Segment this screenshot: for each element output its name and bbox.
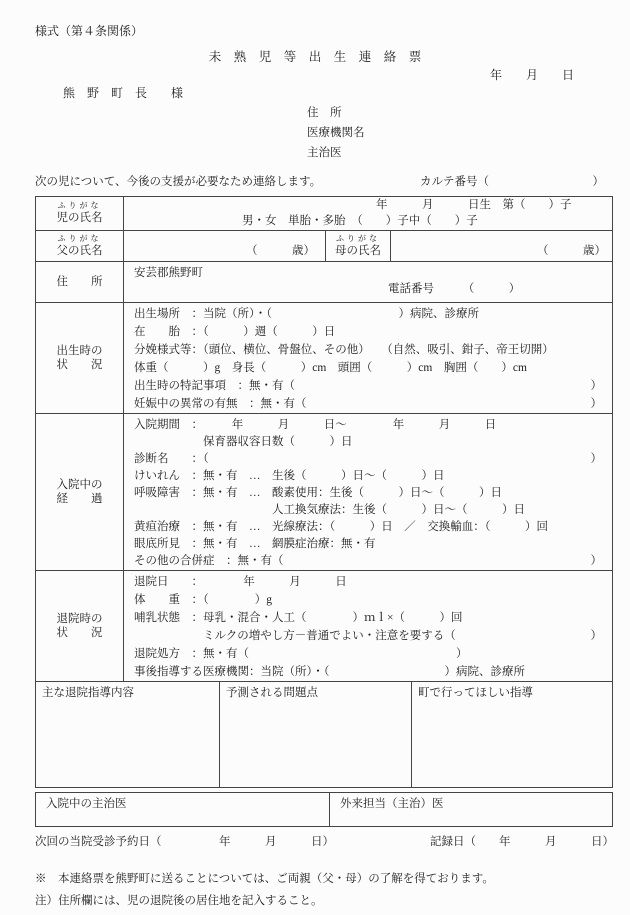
intro-text: 次の児について、今後の支援が必要なため連絡します。 (35, 175, 321, 189)
parents-row: ふりがな 父の氏名 （ 歳） ふりがな 母の氏名 （ 歳） (36, 231, 612, 262)
outpatient-doctor-cell: 外来担当（主治）医 (330, 793, 612, 826)
sender-org-label: 医療機関名 (307, 126, 365, 146)
discharge-guidance-cell: 主な退院指導内容 (36, 682, 220, 787)
main-table: ふりがな 児の氏名 年 月 日生 第（ ）子 男・女 単胎・多胎 （ ）子中（ … (35, 196, 613, 788)
convulsion-line: けいれん ：無・有 … 生後（ ）日～（ ）日 (134, 468, 602, 485)
pregnancy-abnormality-line: 妊娠中の異常の有無 ：無・有（） (134, 395, 602, 413)
premature-birth-report-form: 様式（第４条関係） 未 熟 児 等 出 生 連 絡 票 年 月 日 熊 野 町 … (0, 0, 630, 915)
child-sex-line: 男・女 単胎・多胎 （ ）子中（ ）子 (132, 214, 604, 230)
sender-address-label: 住 所 (307, 106, 365, 126)
child-name-label-cell: ふりがな 児の氏名 (36, 197, 124, 230)
diagnosis-line: 診断名 ：（） (134, 451, 602, 468)
child-name-label: 児の氏名 (57, 211, 103, 225)
discharge-status-row: 退院時の 状 況 退院日 ： 年 月 日 体 重 ：（ ）g 哺乳状態 ：母乳・… (36, 571, 612, 682)
birth-notes-line: 出生時の特記事項 ：無・有（） (134, 377, 602, 395)
father-furigana-label: ふりがな (58, 234, 102, 244)
mother-furigana-label: ふりがな (336, 234, 380, 244)
birth-status-row: 出生時の 状 況 出生場所 ：当院（所）・（ ）病院、診療所 在 胎 ：（ ）週… (36, 303, 612, 414)
discharge-label-2: 状 況 (57, 626, 103, 640)
father-label-cell: ふりがな 父の氏名 (36, 231, 124, 261)
child-furigana-label: ふりがな (58, 201, 102, 211)
address-instruction-note: 注）住所欄には、児の退院後の居住地を記入すること。 (35, 894, 323, 908)
birth-status-content: 出生場所 ：当院（所）・（ ）病院、診療所 在 胎 ：（ ）週（ ）日 分娩様式… (124, 303, 612, 413)
sender-block: 住 所 医療機関名 主治医 (307, 106, 365, 166)
town-guidance-cell: 町で行ってほしい指導 (412, 682, 612, 787)
address-value: 安芸郡熊野町 (134, 266, 604, 280)
consent-note: ※ 本連絡票を熊野町に送ることについては、ご両親（父・母）の了解を得ております。 (35, 872, 494, 886)
discharge-weight-line: 体 重 ：（ ）g (134, 591, 602, 609)
page-title: 未 熟 児 等 出 生 連 絡 票 (0, 50, 630, 66)
hospitalization-row: 入院中の 経 過 入院期間 ： 年 月 日～ 年 月 日 保育器収容日数（ ）日… (36, 414, 612, 571)
guidance-row: 主な退院指導内容 予測される問題点 町で行ってほしい指導 (36, 682, 612, 787)
father-age-field: （ 歳） (124, 231, 326, 261)
gestation-line: 在 胎 ：（ ）週（ ）日 (134, 323, 602, 341)
child-name-row: ふりがな 児の氏名 年 月 日生 第（ ）子 男・女 単胎・多胎 （ ）子中（ … (36, 197, 612, 231)
delivery-type-line: 分娩様式等：（頭位、横位、骨盤位、その他） （自然、吸引、鉗子、帝王切開） (134, 341, 602, 359)
measurements-line: 体重（ ）g 身長（ ）cm 頭囲（ ）cm 胸囲（ ）cm (134, 359, 602, 377)
discharge-label-cell: 退院時の 状 況 (36, 571, 124, 681)
sender-doctor-label: 主治医 (307, 146, 365, 166)
milk-increase-line: ミルクの増やし方－普通でよい・注意を要する（） (134, 627, 602, 645)
child-birthdate-line: 年 月 日生 第（ ）子 (132, 198, 604, 214)
date-line: 年 月 日 (490, 68, 574, 83)
form-style-label: 様式（第４条関係） (35, 24, 143, 39)
child-name-content: 年 月 日生 第（ ）子 男・女 単胎・多胎 （ ）子中（ ）子 (124, 197, 612, 230)
father-name-label: 父の氏名 (57, 244, 103, 258)
next-visit-field: 次回の当院受診予約日（ 年 月 日） (35, 836, 334, 848)
mother-name-label: 母の氏名 (335, 244, 381, 258)
birth-status-label-cell: 出生時の 状 況 (36, 303, 124, 413)
birthplace-line: 出生場所 ：当院（所）・（ ）病院、診療所 (134, 305, 602, 323)
phone-number-field: 電話番号 （ ） (388, 282, 604, 296)
fundus-line: 眼底所見 ：無・有 … 網膜症治療：無・有 (134, 536, 602, 553)
ventilation-line: 人工換気療法：生後（ ）日～（ ）日 (134, 502, 602, 519)
address-label: 住 所 (57, 275, 103, 289)
hospitalization-content: 入院期間 ： 年 月 日～ 年 月 日 保育器収容日数（ ）日 診断名 ：（） … (124, 414, 612, 570)
discharge-content: 退院日 ： 年 月 日 体 重 ：（ ）g 哺乳状態 ：母乳・混合・人工（ ）ｍ… (124, 571, 612, 681)
next-visit-line: 次回の当院受診予約日（ 年 月 日） 記録日（ 年 月 日） (35, 835, 613, 849)
inpatient-doctor-cell: 入院中の主治医 (36, 793, 330, 826)
predicted-problems-cell: 予測される問題点 (220, 682, 412, 787)
mother-age-field: （ 歳） (391, 231, 612, 261)
karte-number-field: カルテ番号（ ） (420, 175, 604, 189)
address-row: 住 所 安芸郡熊野町 電話番号 （ ） (36, 262, 612, 303)
discharge-label-1: 退院時の (57, 612, 103, 626)
followup-institution-line: 事後指導する医療機関：当院（所）・（ ）病院、診療所 (134, 663, 602, 681)
jaundice-line: 黄疸治療 ：無・有 … 光線療法：（ ）日 ／ 交換輸血：（ ）回 (134, 519, 602, 536)
mother-label-cell: ふりがな 母の氏名 (326, 231, 391, 261)
hospitalization-label-cell: 入院中の 経 過 (36, 414, 124, 570)
hospitalization-label-1: 入院中の (57, 478, 103, 492)
discharge-date-line: 退院日 ： 年 月 日 (134, 573, 602, 591)
incubator-days-line: 保育器収容日数（ ）日 (134, 434, 602, 451)
address-content: 安芸郡熊野町 電話番号 （ ） (124, 262, 612, 302)
respiratory-line: 呼吸障害 ：無・有 … 酸素使用：生後（ ）日～（ ）日 (134, 485, 602, 502)
record-date-field: 記録日（ 年 月 日） (430, 835, 614, 849)
birth-status-label-1: 出生時の (57, 344, 103, 358)
hospitalization-label-2: 経 過 (57, 492, 103, 506)
doctors-table: 入院中の主治医 外来担当（主治）医 (35, 792, 613, 827)
addressee: 熊 野 町 長 様 (63, 86, 183, 101)
discharge-prescription-line: 退院処方 ：無・有（ ） (134, 645, 602, 663)
other-complications-line: その他の合併症 ：無・有（） (134, 553, 602, 570)
feeding-status-line: 哺乳状態 ：母乳・混合・人工（ ）ｍｌ×（ ）回 (134, 609, 602, 627)
birth-status-label-2: 状 況 (57, 358, 103, 372)
address-label-cell: 住 所 (36, 262, 124, 302)
hospital-period-line: 入院期間 ： 年 月 日～ 年 月 日 (134, 417, 602, 434)
